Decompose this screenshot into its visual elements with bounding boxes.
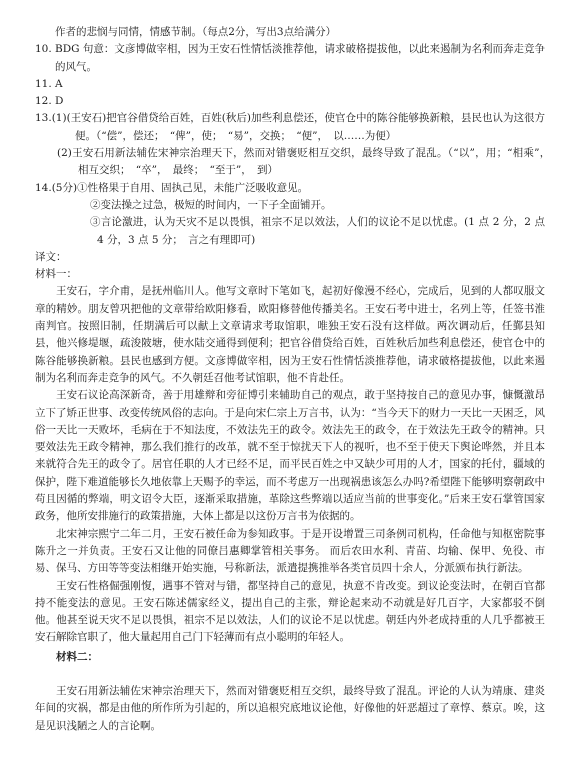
material1-paragraph-4: 王安石性格倔强刚愎，遇事不管对与错，都坚持自己的意见，执意不肯改变。到议论变法时… bbox=[35, 578, 545, 647]
material1-heading: 材料一： bbox=[35, 266, 545, 283]
material2-paragraph-1: 王安石用新法辅佐宋神宗治理天下，然而对错褒贬相互交织，最终导致了混乱。评论的人认… bbox=[35, 683, 545, 735]
answer-11: 11. A bbox=[35, 76, 545, 93]
answer-13-part1: 13.(1)(王安石)把官谷借贷给百姓，百姓(秋后)加些利息偿还，使官仓中的陈谷… bbox=[35, 110, 545, 145]
answer-14-point1: 14.(5分)①性格果于自用、固执己见，未能广泛吸收意见。 bbox=[35, 180, 545, 197]
answer-14-point3: ③言论激进，认为天灾不足以畏惧，祖宗不足以效法，人们的议论不足以忧虑。(1 点 … bbox=[35, 214, 545, 249]
translation-heading: 译文： bbox=[35, 249, 545, 266]
material2-heading: 材料二： bbox=[35, 649, 545, 666]
document-page: 作者的悲悯与同情，情感节制。（每点2分，写出3点给满分） 10. BDG 句意：… bbox=[0, 0, 578, 768]
answer-13-part2: (2)王安石用新法辅佐宋神宗治理天下，然而对错褒贬相互交织，最终导致了混乱。（“… bbox=[35, 145, 545, 180]
answer-12: 12. D bbox=[35, 93, 545, 110]
answer-9-tail: 作者的悲悯与同情，情感节制。（每点2分，写出3点给满分） bbox=[35, 24, 545, 41]
material1-paragraph-2: 王安石议论高深新奇，善于用雄辩和旁征博引来辅助自己的观点，敢于坚持按自己的意见办… bbox=[35, 387, 545, 525]
answer-10: 10. BDG 句意：文彦博做宰相，因为王安石性情恬淡推荐他，请求破格提拔他，以… bbox=[35, 41, 545, 76]
answer-14-point2: ②变法操之过急，极短的时间内，一下子全面铺开。 bbox=[35, 197, 545, 214]
material1-paragraph-1: 王安石，字介甫，是抚州临川人。他写文章时下笔如飞，起初好像漫不经心，完成后，见到… bbox=[35, 283, 545, 387]
material1-paragraph-3: 北宋神宗熙宁二年二月，王安石被任命为参知政事。于是开设增置三司条例司机构，任命他… bbox=[35, 526, 545, 578]
